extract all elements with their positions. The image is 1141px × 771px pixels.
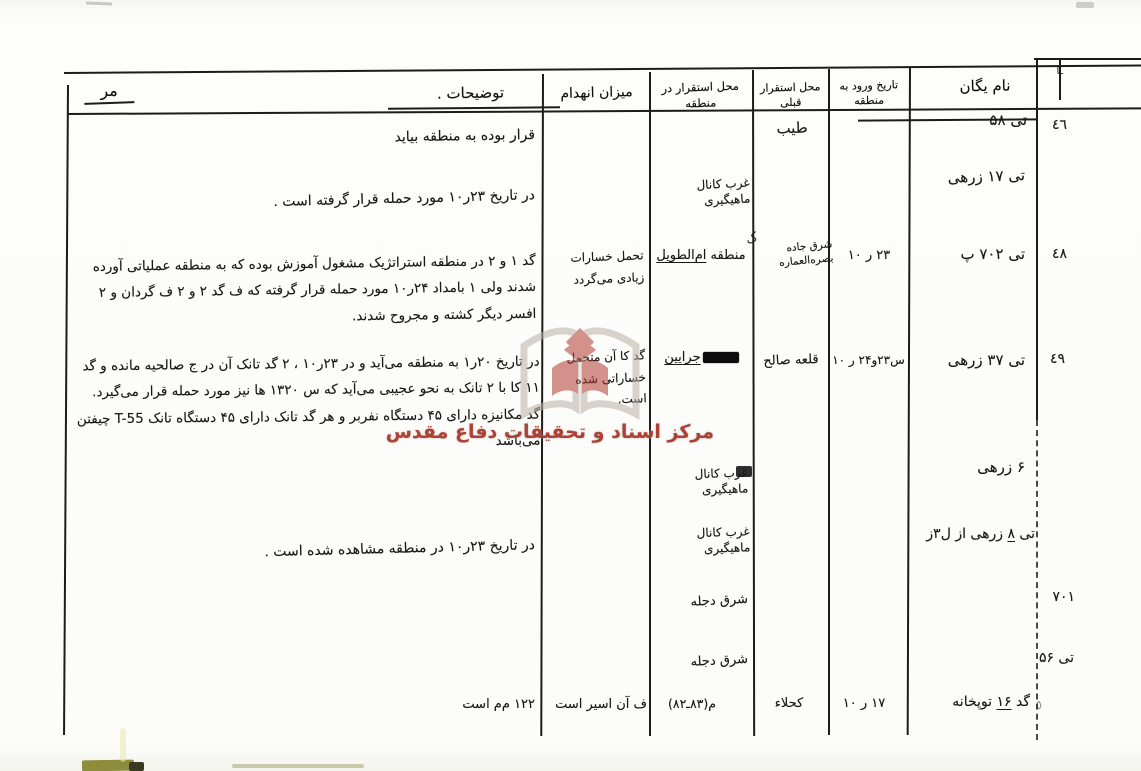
header-underline-notes — [388, 106, 560, 110]
notes: قرار بوده به منطقه بیاید — [300, 126, 535, 149]
unit-name: تی ۷۰۲ پ — [908, 244, 1025, 264]
notes: در تاریخ ۲۳ر۱۰ در منطقه مشاهده شده است . — [240, 536, 535, 563]
column-header-prev-location: محل استقرار قبلی — [754, 80, 828, 112]
current-location: م(۸۳ـ۸۲) — [653, 696, 731, 713]
unit-name-prefix: گد — [1012, 694, 1030, 710]
notes: گد ۱ و ۲ در منطقه استراتژیک مشغول آموزش … — [75, 248, 536, 333]
unit-number-underlined: ۸ — [1007, 526, 1015, 542]
col-line-area — [649, 72, 651, 736]
col-line-date — [828, 69, 830, 735]
column-header-rowno-partial: ـا — [1041, 64, 1063, 79]
scan-mark-top-right — [1076, 2, 1094, 8]
bottom-edge-streak — [232, 764, 364, 768]
row-number: ٤٨ — [1041, 245, 1067, 264]
arrival-date: س۲۳و۲۴ ر ۱۰ — [831, 352, 906, 368]
scanned-document-page: مر توضیحات . میزان انهدام محل استقرار در… — [0, 0, 1141, 771]
current-location: غرب کانال ماهیگیری — [653, 523, 750, 559]
destruction-extent: ف آن اسیر است — [547, 696, 647, 714]
current-location: شرق دجله — [666, 651, 749, 673]
current-location: منطقه ام‌الطویل — [652, 247, 750, 265]
highlighter-smudge-tip — [129, 762, 144, 771]
unit-name-suffix: زرهی از ل۳ز — [926, 526, 1007, 542]
col-line-unit — [907, 67, 911, 735]
prev-location: کحلاء — [756, 695, 822, 713]
column-header-destruction: میزان انهدام — [547, 83, 646, 104]
destruction-extent: تحمل خسارات زیادی می‌گردد — [546, 245, 644, 292]
row-number: ٤٩ — [1039, 350, 1065, 369]
current-location: شرق دجله — [666, 591, 749, 613]
column-header-notes: توضیحات . — [408, 82, 533, 104]
current-location: جرایین — [653, 349, 750, 367]
notes: در تاریخ ۲۳ر۱۰ مورد حمله قرار گرفته است … — [248, 186, 535, 212]
unit-name-suffix: توپخانه — [952, 694, 996, 710]
current-location-text: جرایین — [664, 350, 700, 365]
current-location: غرب کانال ماهیگیری — [653, 175, 751, 212]
unit-name-prefix: تی — [1015, 526, 1035, 542]
current-location-underlined: ام‌الطویل — [656, 248, 706, 263]
arrival-date: ۲۳ ر ۱۰ — [836, 247, 902, 265]
unit-name: ۷۰۱ — [1020, 588, 1075, 607]
unit-name: تی ۱۷ زرهی — [913, 165, 1026, 189]
unit-name: ۶ زرهی — [943, 457, 1025, 477]
open-book-logo — [518, 310, 642, 422]
arrival-date: ۱۷ ر ۱۰ — [833, 695, 895, 713]
unit-name: تی ۸ زرهی از ل۳ز — [898, 525, 1035, 544]
prev-location: طیب — [763, 117, 822, 139]
current-location-prefix: منطقه — [706, 248, 745, 263]
table-top-border — [64, 64, 1141, 74]
redaction-mark — [703, 352, 739, 363]
unit-name: گد ۱۶ توپخانه — [908, 693, 1030, 712]
prev-location: قلعه صالح — [755, 351, 828, 371]
rowno-header-top-stub — [1034, 58, 1141, 60]
column-header-unit-name: نام یگان — [935, 75, 1035, 97]
watermark-text: مرکز اسناد و تحقیقات دفاع مقدس — [448, 421, 714, 443]
header-mark: مر — [84, 79, 135, 104]
col-line-prev — [752, 70, 755, 736]
col-line-left-outer — [63, 85, 69, 735]
highlighter-smudge-dark — [82, 760, 134, 771]
unit-name: تی ۵۸ — [935, 110, 1027, 130]
col-line-rowno-solid — [1036, 60, 1038, 420]
current-location: غرب کانال ماهیگیری — [655, 464, 748, 500]
unit-number-underlined: ۱۶ — [996, 694, 1011, 710]
column-header-arrival-date: تاریخ ورود به منطقه — [830, 78, 909, 110]
col-line-rowno-dashed — [1036, 420, 1038, 740]
unit-name: تی ۵۶ — [1012, 649, 1074, 668]
unit-name: تی ۳۷ زرهی — [908, 350, 1025, 370]
notes: ۱۲۲ م‌م است — [420, 696, 535, 714]
highlighter-wisp — [120, 728, 126, 762]
row-number: ٤٦ — [1041, 116, 1067, 135]
column-header-current-location: محل استقرار در منطقه — [650, 78, 750, 112]
scan-mark-top-left — [86, 2, 112, 6]
